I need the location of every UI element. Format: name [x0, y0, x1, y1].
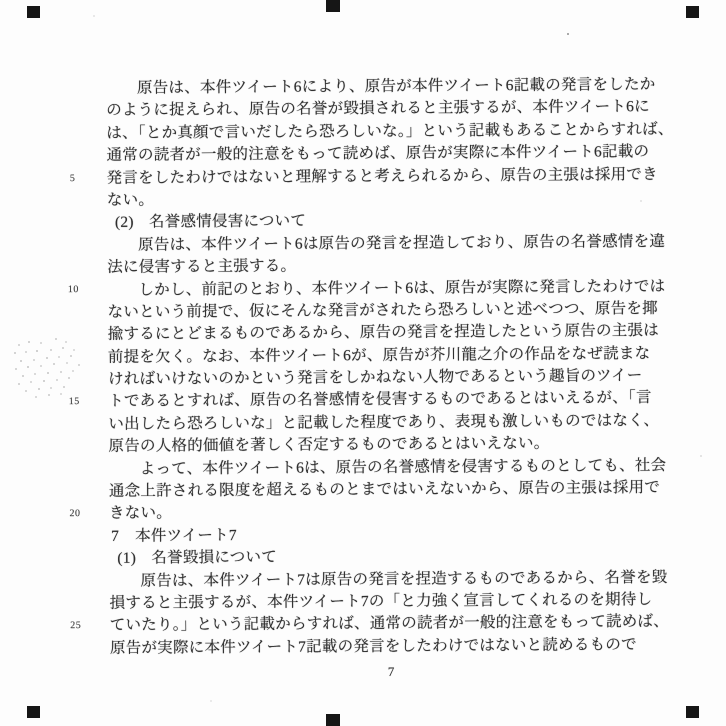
heading-number: (2) — [115, 212, 149, 235]
heading-text: 名誉感情侵害について — [149, 213, 306, 231]
document-scan-area: 510152025 原告は、本件ツイート6により、原告が本件ツイート6記載の発言… — [0, 0, 726, 726]
page-number: 7 — [381, 664, 401, 680]
scanned-document-page: 510152025 原告は、本件ツイート6により、原告が本件ツイート6記載の発言… — [0, 0, 726, 726]
document-text: 原告は、本件ツイート6により、原告が本件ツイート6記載の発言をしたかのように捉え… — [0, 74, 726, 661]
heading-text: 本件ツイート7 — [135, 527, 237, 545]
heading-text: 名誉毀損について — [151, 549, 277, 567]
margin-line-numbers: 510152025 — [0, 0, 725, 3]
text-line: 原告が実際に本件ツイート7記載の発言をしたわけではないと読めるもので — [4, 633, 726, 660]
heading-number: 7 — [111, 526, 135, 549]
heading-number: (1) — [117, 548, 151, 571]
